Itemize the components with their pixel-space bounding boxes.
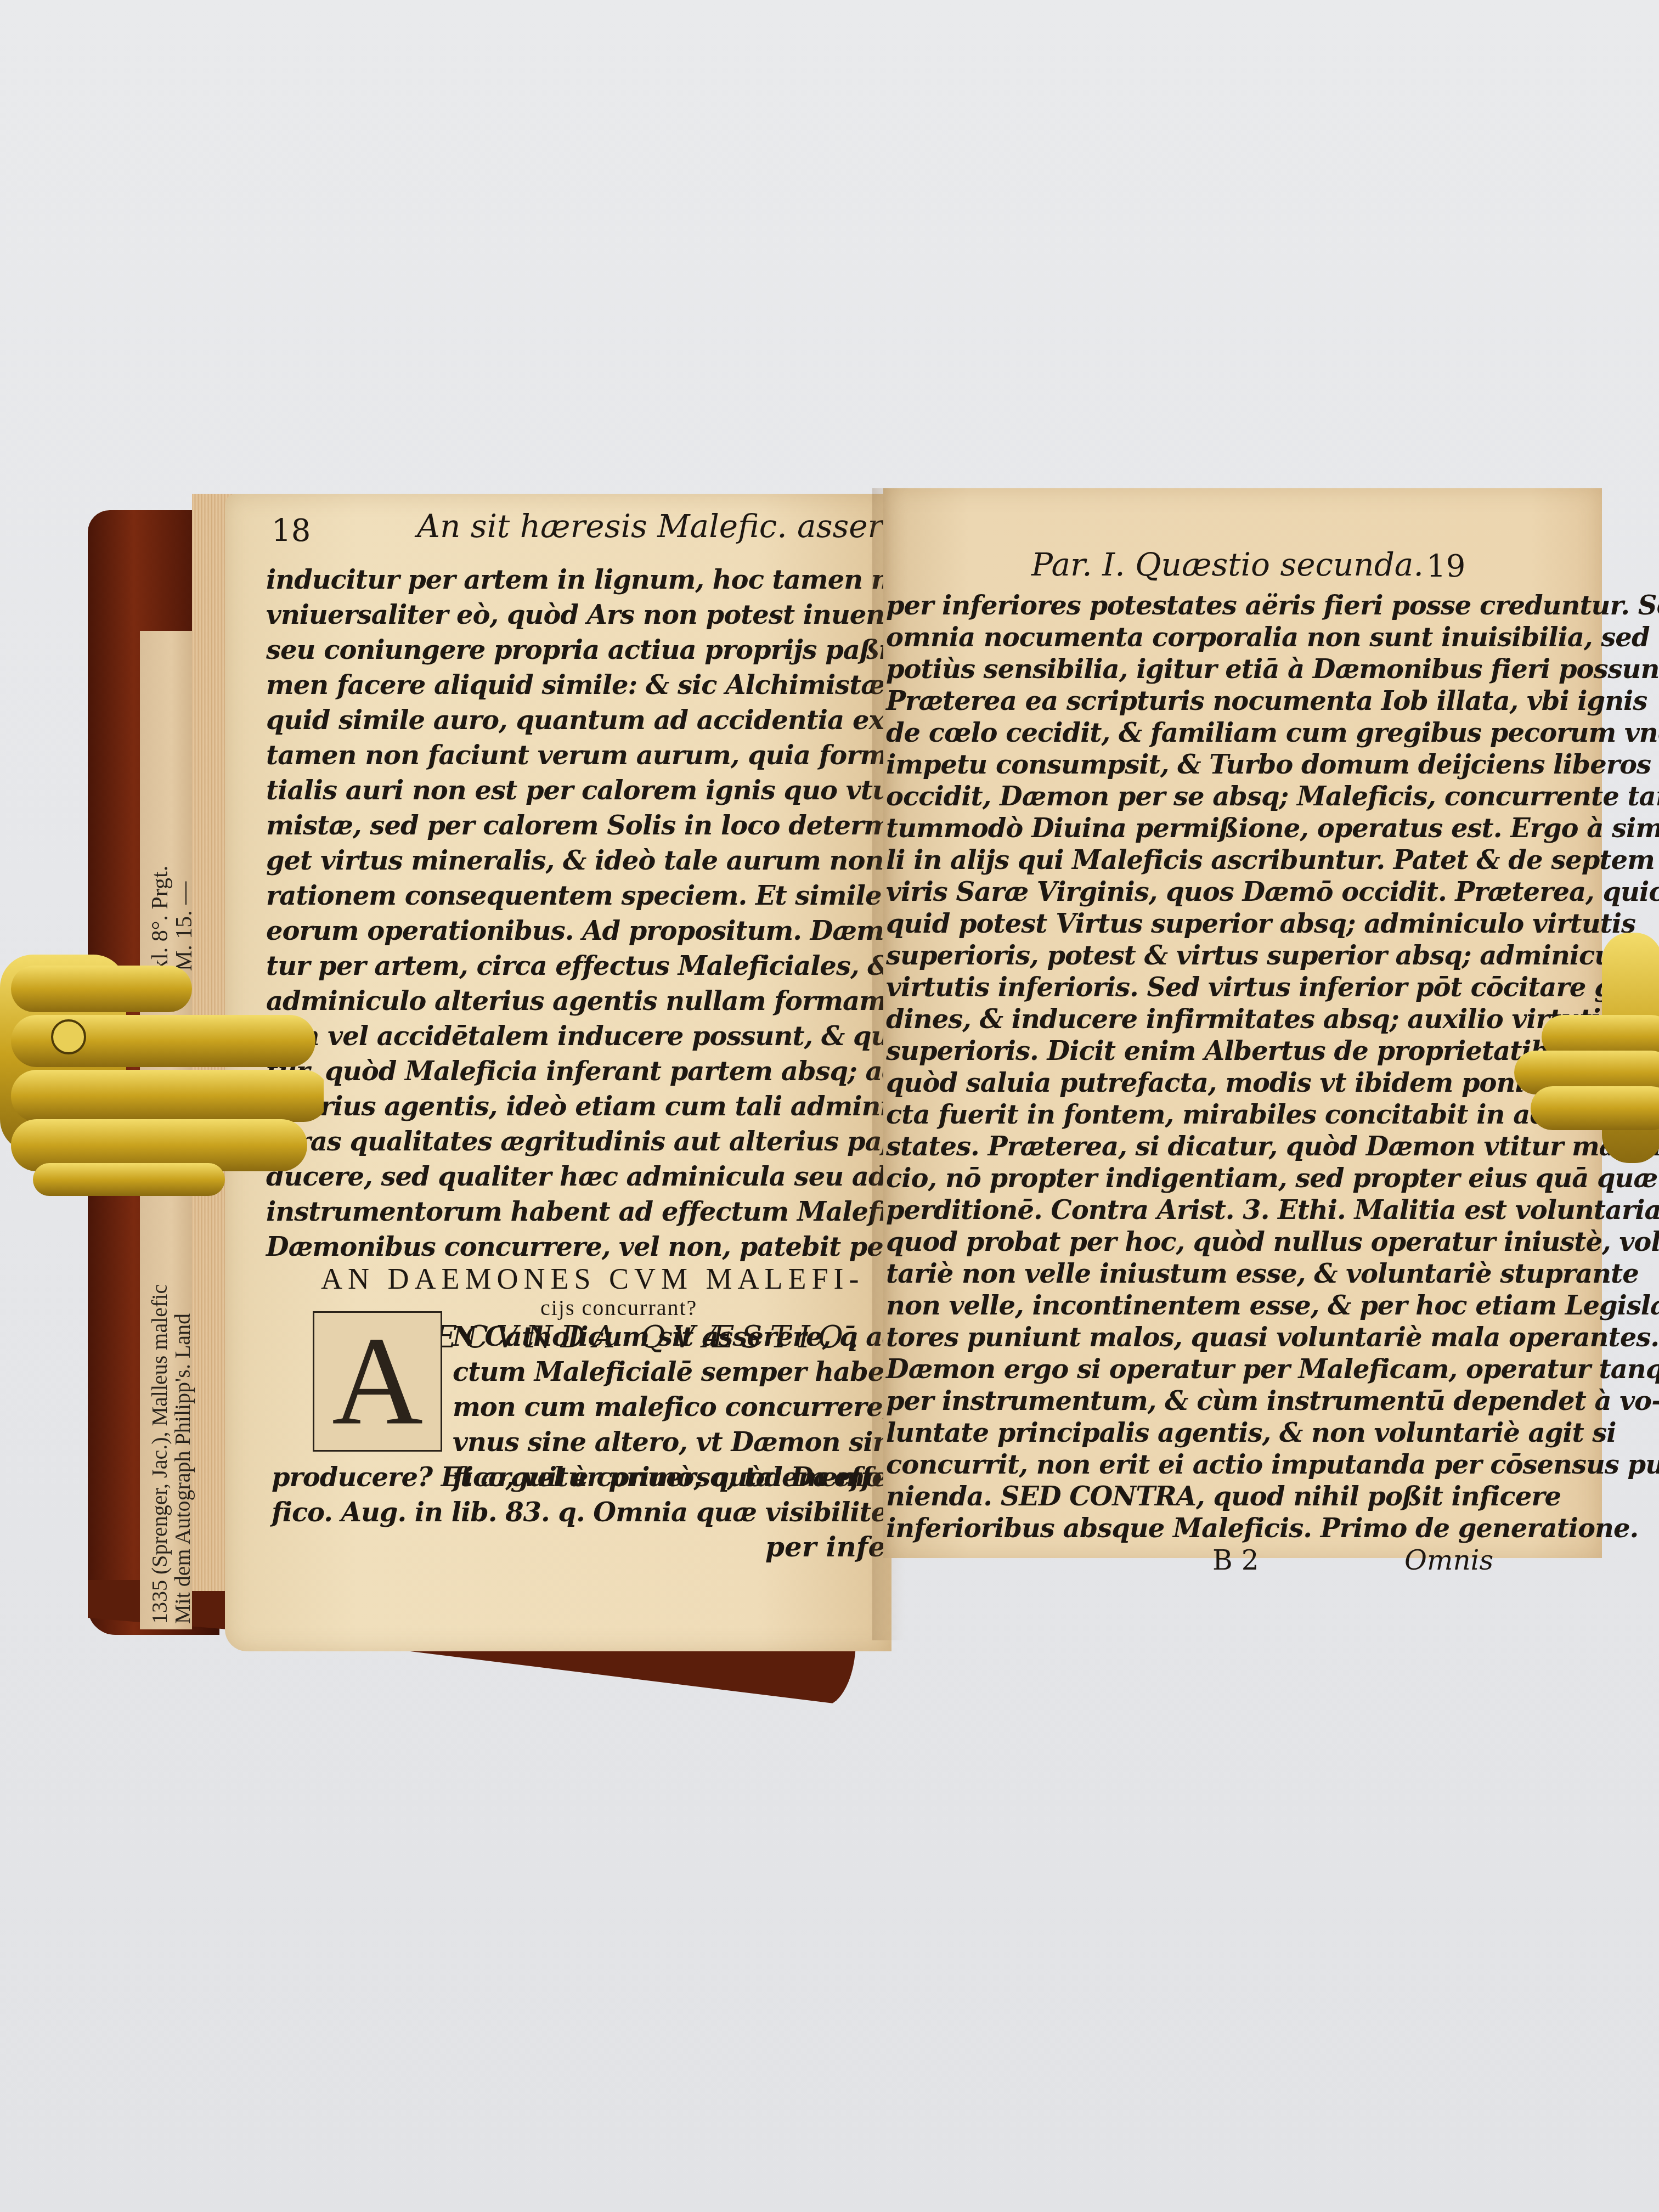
left-page-number: 18: [272, 513, 311, 549]
text-line: tariè non velle iniustum esse, & volunta…: [886, 1258, 1588, 1290]
text-line: Dæmonibus concurrere, vel non, patebit p…: [266, 1229, 891, 1265]
decorated-initial: A: [313, 1311, 442, 1452]
text-line: per instrumentum, & cùm instrumentū depe…: [886, 1385, 1588, 1417]
text-line: concurrit, non erit ei actio imputanda p…: [886, 1449, 1588, 1481]
text-line: nienda. SED CONTRA, quod nihil poßit inf…: [886, 1481, 1588, 1513]
text-line: alterius agentis, ideò etiam cum tali ad…: [266, 1089, 891, 1124]
text-line: veras qualitates ægritudinis aut alteriu…: [266, 1124, 891, 1159]
open-book: kl. 8°. Prgt. M. 15. — 1335 (Sprenger, J…: [0, 0, 1659, 2212]
text-line: tores puniunt malos, quasi voluntariè ma…: [886, 1322, 1588, 1353]
text-line: per inferiores potestates aëris fieri po…: [886, 590, 1588, 622]
text-line: instrumentorum habent ad effectum Malefi…: [266, 1194, 891, 1229]
text-line: non velle, incontinentem esse, & per hoc…: [886, 1290, 1588, 1322]
text-line: li in alijs qui Maleficis ascribuntur. P…: [886, 844, 1588, 876]
text-line: lem vel accidētalem inducere possunt, & …: [266, 1019, 891, 1054]
text-line: seu coniungere propria actiua proprijs p…: [266, 633, 891, 668]
text-line: Præterea ea scripturis nocumenta Iob ill…: [886, 685, 1588, 717]
section-heading-continued: cijs concurrant?: [540, 1295, 697, 1321]
section-heading: AN DAEMONES CVM MALEFI-: [321, 1262, 865, 1296]
text-line: vnus sine altero, vt Dæmon sine Male-: [453, 1425, 891, 1460]
text-line: mistæ, sed per calorem Solis in loco det…: [266, 808, 891, 843]
text-line: men facere aliquid simile: & sic Alchimi…: [266, 668, 891, 703]
text-line: tummodò Diuina permißione, operatus est.…: [886, 812, 1588, 844]
text-line: mon cum malefico concurrere, vel quòd: [453, 1390, 891, 1425]
text-line: quid simile auro, quantum ad accidentia …: [266, 703, 891, 738]
brass-hand-weight-left-icon: [0, 933, 324, 1196]
text-line: rationem consequentem speciem. Et simile…: [266, 878, 891, 913]
text-line: luntate principalis agentis, & non volun…: [886, 1417, 1588, 1449]
text-line: Dæmon ergo si operatur per Maleficam, op…: [886, 1353, 1588, 1385]
signature-mark: B 2: [1212, 1544, 1259, 1576]
text-line: eorum operationibus. Ad propositum. Dæmo…: [266, 913, 891, 949]
text-line: tur, quòd Maleficia inferant partem absq…: [266, 1054, 891, 1089]
right-catchword: Omnis: [1404, 1544, 1493, 1576]
text-line: perditionē. Contra Arist. 3. Ethi. Malit…: [886, 1194, 1588, 1226]
text-line: cio, nō propter indigentiam, sed propter…: [886, 1163, 1588, 1194]
text-line: get virtus mineralis, & ideò tale aurum …: [266, 843, 891, 878]
text-line: impetu consumpsit, & Turbo domum deijcie…: [886, 749, 1588, 781]
text-line: potiùs sensibilia, igitur etiā à Dæmonib…: [886, 653, 1588, 685]
text-line: vniuersaliter eò, quòd Ars non potest in…: [266, 597, 891, 633]
text-line: producere? Et arguitur primò, quòd Dæmon…: [272, 1460, 891, 1495]
text-line: adminiculo alterius agentis nullam forma…: [266, 984, 891, 1019]
text-line: fico. Aug. in lib. 83. q. Omnia quæ visi…: [272, 1495, 891, 1530]
text-line: ducere, sed qualiter hæc adminicula seu …: [266, 1159, 891, 1194]
text-line: tur per artem, circa effectus Maleficial…: [266, 949, 891, 984]
text-line: inducitur per artem in lignum, hoc tamen…: [266, 562, 891, 597]
text-line: tamen non faciunt verum aurum, quia form…: [266, 738, 891, 773]
text-line: tialis auri non est per calorem ignis qu…: [266, 773, 891, 808]
spine-label-provenance: Mit dem Autograph Philipp's. Land: [171, 1284, 194, 1624]
right-page-number: 19: [1426, 549, 1465, 584]
spine-label-title: 1335 (Sprenger, Jac.), Malleus malefic: [148, 1284, 171, 1624]
text-line: occidit, Dæmon per se absq; Maleficis, c…: [886, 781, 1588, 812]
text-line: ctum Maleficialē semper habeat Dæ-: [453, 1355, 891, 1390]
text-line: N Catholicum sit asserere, q̄ ad effe-: [453, 1319, 891, 1355]
left-page-body: inducitur per artem in lignum, hoc tamen…: [266, 562, 891, 1265]
text-line: de cœlo cecidit, & familiam cum gregibus…: [886, 717, 1588, 749]
left-running-head: An sit hæresis Malefic. asserere,: [417, 507, 946, 545]
text-line: omnia nocumenta corporalia non sunt inui…: [886, 622, 1588, 653]
paragraph-continued: producere? Et arguitur primò, quòd Dæmon…: [272, 1460, 891, 1530]
spine-label-title-text: 1335 (Sprenger, Jac.), Malleus malefic M…: [148, 1284, 194, 1624]
text-line: inferioribus absque Maleficis. Primo de …: [886, 1513, 1588, 1544]
text-line: viris Saræ Virginis, quos Dæmō occidit. …: [886, 876, 1588, 908]
text-line: quod probat per hoc, quòd nullus operatu…: [886, 1226, 1588, 1258]
brass-hand-weight-right-icon: [1481, 933, 1659, 1163]
initial-letter: A: [332, 1318, 423, 1444]
right-running-head: Par. I. Quæstio secunda.: [1031, 546, 1424, 583]
